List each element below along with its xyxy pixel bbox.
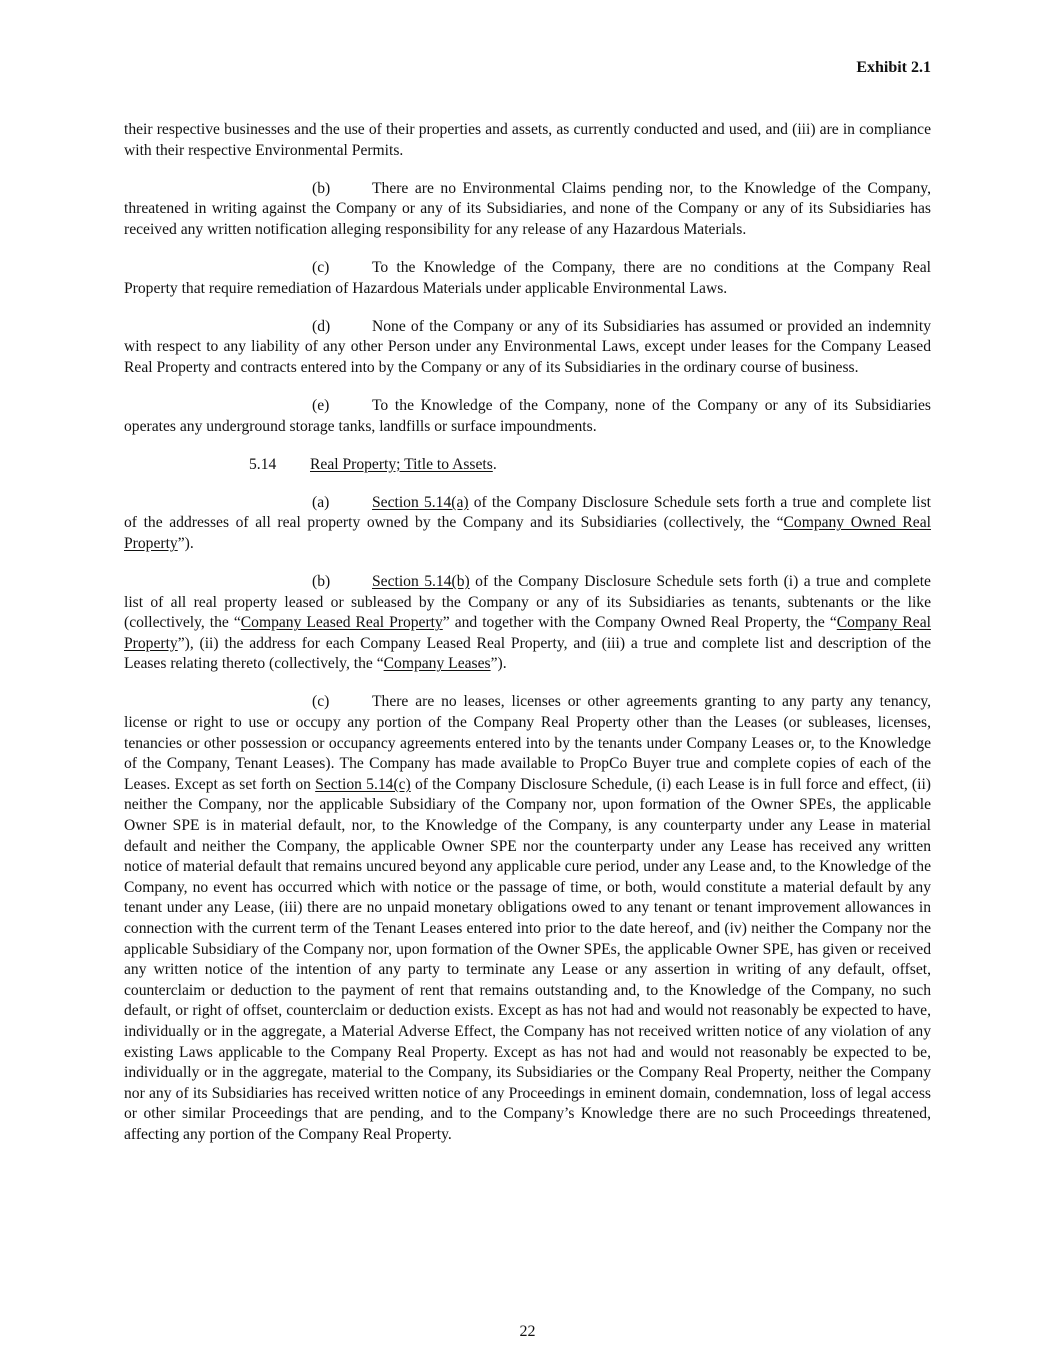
section-reference: Section 5.14(b): [372, 573, 470, 590]
section-reference: Section 5.14(a): [372, 494, 469, 511]
section-reference: Section 5.14(c): [315, 776, 411, 793]
clause-text: To the Knowledge of the Company, there a…: [124, 259, 931, 297]
section-heading-5-14: 5.14Real Property; Title to Assets.: [124, 455, 931, 476]
clause-label: (b): [312, 179, 372, 200]
continuation-paragraph: their respective businesses and the use …: [124, 120, 931, 161]
env-clause-d: (d)None of the Company or any of its Sub…: [124, 317, 931, 379]
env-clause-b: (b)There are no Environmental Claims pen…: [124, 179, 931, 241]
page-number: 22: [0, 1322, 1055, 1342]
clause-text: None of the Company or any of its Subsid…: [124, 318, 931, 376]
exhibit-label: Exhibit 2.1: [856, 58, 931, 78]
clause-label: (a): [312, 493, 372, 514]
env-clause-e: (e)To the Knowledge of the Company, none…: [124, 396, 931, 437]
clause-label: (c): [312, 258, 372, 279]
clause-text: There are no Environmental Claims pendin…: [124, 180, 931, 238]
clause-label: (c): [312, 692, 372, 713]
section-number: 5.14: [249, 455, 310, 476]
real-property-clause-a: (a)Section 5.14(a) of the Company Disclo…: [124, 493, 931, 555]
section-title: Real Property; Title to Assets: [310, 456, 493, 473]
clause-text: To the Knowledge of the Company, none of…: [124, 397, 931, 435]
clause-label: (b): [312, 572, 372, 593]
defined-term: Company Leased Real Property: [241, 614, 443, 631]
real-property-clause-b: (b)Section 5.14(b) of the Company Disclo…: [124, 572, 931, 675]
real-property-clause-c: (c)There are no leases, licenses or othe…: [124, 692, 931, 1145]
env-clause-c: (c)To the Knowledge of the Company, ther…: [124, 258, 931, 299]
document-body: their respective businesses and the use …: [124, 120, 931, 1163]
defined-term: Company Leases: [384, 655, 491, 672]
clause-label: (e): [312, 396, 372, 417]
clause-label: (d): [312, 317, 372, 338]
